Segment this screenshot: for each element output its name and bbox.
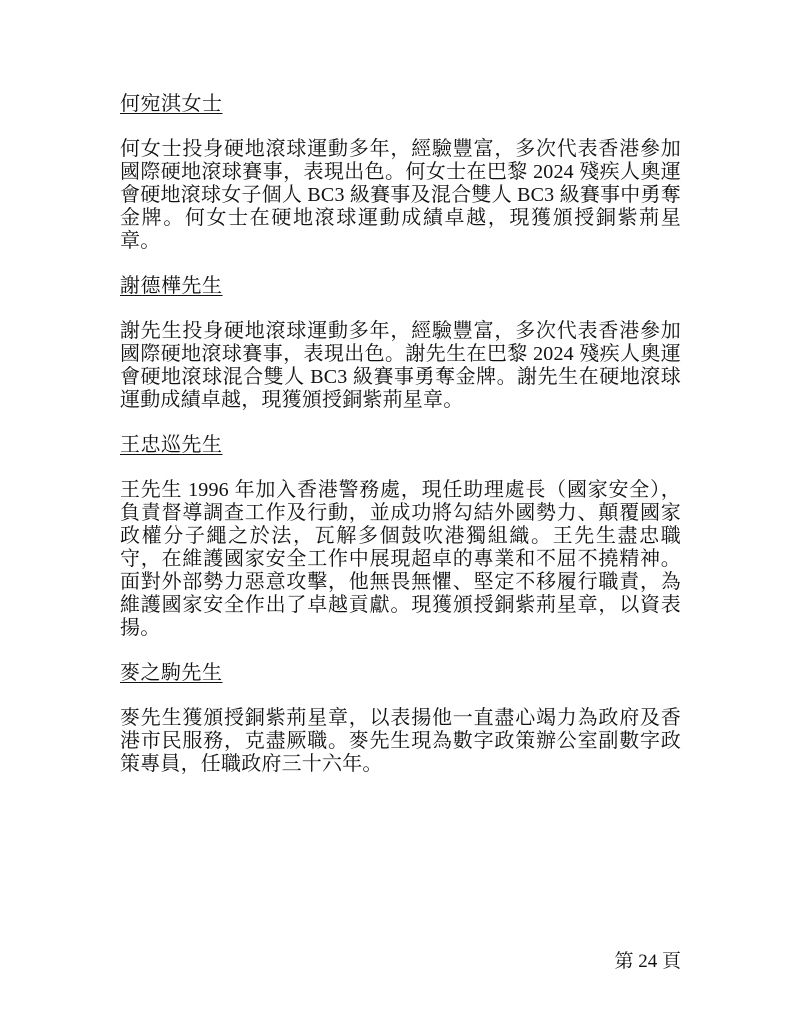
document-content: 何宛淇女士 何女士投身硬地滾球運動多年，經驗豐富，多次代表香港參加國際硬地滾球賽…	[120, 93, 681, 798]
section-paragraph: 麥先生獲頒授銅紫荊星章，以表揚他一直盡心竭力為政府及香港市民服務，克盡厥職。麥先…	[120, 707, 681, 776]
section-paragraph: 謝先生投身硬地滾球運動多年，經驗豐富，多次代表香港參加國際硬地滾球賽事，表現出色…	[120, 320, 681, 412]
section-heading: 王忠巡先生	[120, 434, 681, 457]
page-number: 第 24 頁	[614, 951, 681, 973]
section-ho-yuen-kei: 何宛淇女士 何女士投身硬地滾球運動多年，經驗豐富，多次代表香港參加國際硬地滾球賽…	[120, 93, 681, 253]
section-heading: 謝德樺先生	[120, 275, 681, 298]
section-heading: 麥之駒先生	[120, 662, 681, 685]
section-mak-chee-kui: 麥之駒先生 麥先生獲頒授銅紫荊星章，以表揚他一直盡心竭力為政府及香港市民服務，克…	[120, 662, 681, 776]
document-page: 何宛淇女士 何女士投身硬地滾球運動多年，經驗豐富，多次代表香港參加國際硬地滾球賽…	[0, 0, 791, 1024]
section-wong-chung-chun: 王忠巡先生 王先生 1996 年加入香港警務處，現任助理處長（國家安全），負責督…	[120, 434, 681, 640]
section-tse-tak-wah: 謝德樺先生 謝先生投身硬地滾球運動多年，經驗豐富，多次代表香港參加國際硬地滾球賽…	[120, 275, 681, 412]
section-paragraph: 王先生 1996 年加入香港警務處，現任助理處長（國家安全），負責督導調查工作及…	[120, 479, 681, 640]
section-paragraph: 何女士投身硬地滾球運動多年，經驗豐富，多次代表香港參加國際硬地滾球賽事，表現出色…	[120, 138, 681, 253]
section-heading: 何宛淇女士	[120, 93, 681, 116]
